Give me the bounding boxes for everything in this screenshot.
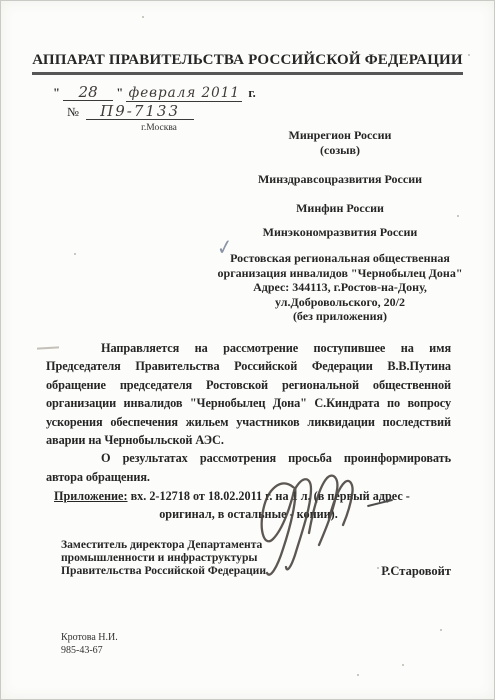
- attachment-note: Приложение: вх. 2-12718 от 18.02.2011 г.…: [46, 488, 451, 523]
- attachment-label: Приложение:: [54, 489, 128, 503]
- letter-body: Направляется на рассмотрение поступившее…: [46, 339, 451, 579]
- handwritten-number: П9-7133: [86, 104, 194, 120]
- signature-scrawl-icon: [253, 469, 361, 581]
- recipient-ministry: Минфин России: [209, 201, 471, 216]
- scan-speck: [402, 664, 404, 666]
- executor-footer: Кротова Н.И. 985-43-67: [61, 631, 118, 657]
- recipient-ministry: Минэкономразвития России: [209, 225, 471, 240]
- city-label: г.Москва: [105, 123, 213, 133]
- letterhead-title: АППАРАТ ПРАВИТЕЛЬСТВА РОССИЙСКОЙ ФЕДЕРАЦ…: [32, 52, 463, 75]
- handwritten-month-year: февраля 2011: [126, 86, 242, 102]
- executor-phone: 985-43-67: [61, 644, 118, 657]
- attachment-line: оригинал, в остальные - копии).: [46, 506, 451, 524]
- recipient-note: (созыв): [209, 143, 471, 158]
- recipient-ministry: Минрегион России: [209, 128, 471, 143]
- addressee-line: Ростовская региональная общественная: [209, 251, 471, 266]
- scan-speck: [377, 567, 379, 569]
- executor-name: Кротова Н.И.: [61, 631, 118, 644]
- signatory-position: Заместитель директора Департамента промы…: [46, 538, 266, 579]
- letterhead: АППАРАТ ПРАВИТЕЛЬСТВА РОССИЙСКОЙ ФЕДЕРАЦ…: [1, 51, 494, 75]
- date-line: " 28 " февраля 2011 г.: [53, 85, 256, 103]
- open-quote: ": [53, 86, 60, 100]
- addressee-line: организация инвалидов "Чернобылец Дона": [209, 266, 471, 281]
- scan-speck: [457, 215, 459, 217]
- date-number-block: " 28 " февраля 2011 г. № П9-7133 г.Москв…: [53, 85, 256, 133]
- scan-speck: [142, 16, 144, 18]
- check-icon: ✓: [216, 240, 234, 258]
- document-page: АППАРАТ ПРАВИТЕЛЬСТВА РОССИЙСКОЙ ФЕДЕРАЦ…: [0, 0, 495, 700]
- scan-speck: [468, 54, 470, 56]
- body-paragraph: О результатах рассмотрения просьба проин…: [46, 449, 451, 486]
- close-quote: ": [116, 86, 123, 100]
- addressee-line: ул.Добровольского, 20/2: [209, 295, 471, 310]
- signatory-name: Р.Старовойт: [381, 564, 451, 579]
- recipients-block: Минрегион России (созыв) Минздравсоцразв…: [209, 128, 471, 324]
- body-paragraph: Направляется на рассмотрение поступившее…: [46, 339, 451, 449]
- addressee-line: Адрес: 344113, г.Ростов-на-Дону,: [209, 280, 471, 295]
- number-sign: №: [67, 105, 79, 119]
- attachment-line: Приложение: вх. 2-12718 от 18.02.2011 г.…: [46, 488, 451, 506]
- addressee-line: (без приложения): [209, 309, 471, 324]
- scan-speck: [74, 253, 76, 255]
- signature-row: Заместитель директора Департамента промы…: [46, 538, 451, 579]
- addressee-block: ✓ Ростовская региональная общественная о…: [209, 251, 471, 324]
- scan-speck: [440, 629, 442, 631]
- scan-speck: [357, 674, 359, 676]
- year-suffix: г.: [248, 86, 255, 100]
- signatory-position-line: Правительства Российской Федерации: [61, 564, 266, 577]
- handwritten-day: 28: [63, 85, 113, 101]
- recipient-ministry: Минздравсоцразвития России: [209, 172, 471, 187]
- number-line: № П9-7133: [67, 104, 256, 122]
- signatory-position-line: промышленности и инфраструктуры: [61, 551, 266, 564]
- signatory-position-line: Заместитель директора Департамента: [61, 538, 266, 551]
